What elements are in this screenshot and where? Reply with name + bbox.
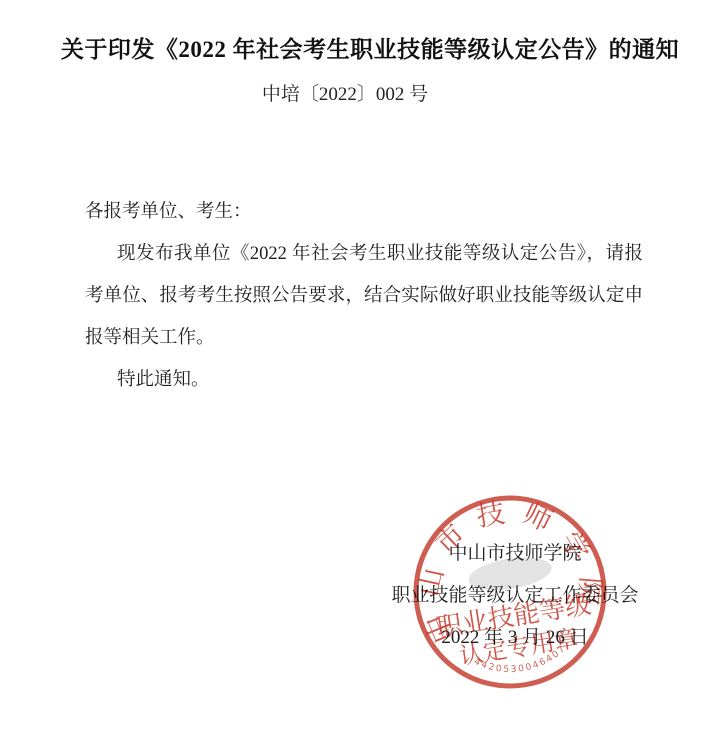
body-line-closing: 特此通知。 xyxy=(85,369,643,391)
salutation-line: 各报考单位、考生： xyxy=(85,201,643,223)
signature-committee-name: 职业技能等级认定工作委员会 xyxy=(391,580,638,607)
body-line: 现发布我单位《2022 年社会考生职业技能等级认定公告》，请报 xyxy=(85,243,643,265)
body-line: 报等相关工作。 xyxy=(85,327,643,349)
document-title: 关于印发《2022 年社会考生职业技能等级认定公告》的通知 xyxy=(61,31,679,64)
signature-org-name: 中山市技师学院 xyxy=(448,538,581,565)
body-line: 考单位、报考考生按照公告要求，结合实际做好职业技能等级认定申 xyxy=(85,285,643,307)
document-number: 中培〔2022〕002 号 xyxy=(262,79,428,106)
signature-date: 2022 年 3 月 26 日 xyxy=(441,622,588,649)
document-page: 关于印发《2022 年社会考生职业技能等级认定公告》的通知 中培〔2022〕00… xyxy=(0,0,722,741)
